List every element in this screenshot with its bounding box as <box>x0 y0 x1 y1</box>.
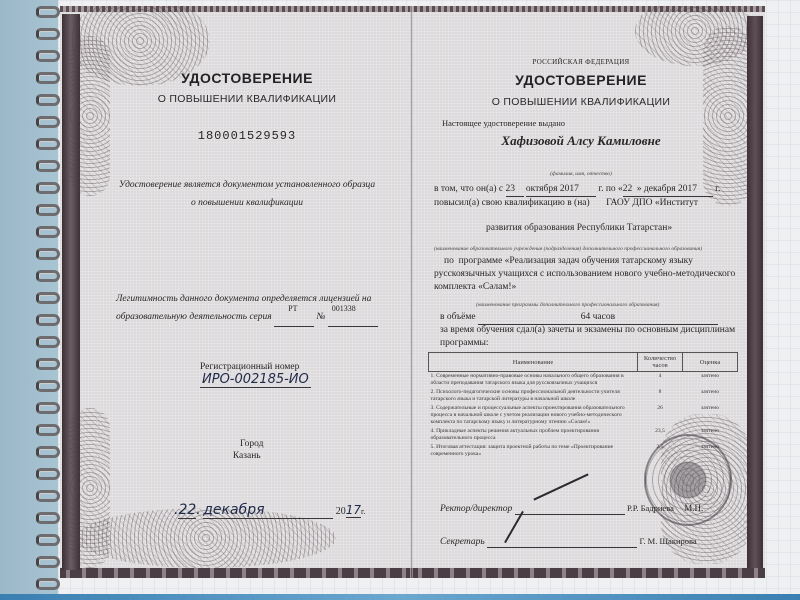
registration-label: Регистрационный номер <box>200 362 299 372</box>
license-note: Легитимность данного документа определяе… <box>116 290 416 327</box>
discipline-name: 5. Итоговая аттестация: защита проектной… <box>429 443 638 459</box>
table-row: 2. Психолого-педагогические основы профе… <box>429 388 738 404</box>
discipline-name: 2. Психолого-педагогические основы профе… <box>429 388 638 404</box>
document-note-line2: о повышении квалификации <box>82 194 412 212</box>
license-number: 001338 <box>332 300 356 318</box>
bottom-accent-bar <box>0 594 800 600</box>
program-line3: комплекта «Сәлам!» <box>434 281 744 294</box>
serial-number: 180001529593 <box>82 129 412 143</box>
col-header-grade: Оценка <box>683 353 738 372</box>
city-label: Город <box>230 438 263 450</box>
program-block: по программе «Реализация задач обучения … <box>434 255 744 294</box>
spiral-ring <box>36 424 60 436</box>
discipline-grade: зачтено <box>683 404 738 427</box>
program-caption: (наименование программы дополнительного … <box>476 302 659 308</box>
left-page: УДОСТОВЕРЕНИЕ О ПОВЫШЕНИИ КВАЛИФИКАЦИИ 1… <box>82 6 410 578</box>
col-header-hours: Количество часов <box>638 353 683 372</box>
start-day: 23 <box>506 183 524 197</box>
issued-label: Настоящее удостоверение выдано <box>442 118 565 128</box>
discipline-name: 4. Прикладные аспекты решения актуальных… <box>429 427 638 443</box>
country-label: РОССИЙСКАЯ ФЕДЕРАЦИЯ <box>416 58 746 66</box>
spiral-ring <box>36 72 60 84</box>
certificate-document: УДОСТОВЕРЕНИЕ О ПОВЫШЕНИИ КВАЛИФИКАЦИИ 1… <box>60 6 765 578</box>
institution-line2: развития образования Республики Татарста… <box>486 222 672 235</box>
institution-line1: ГАОУ ДПО «Институт <box>606 198 698 208</box>
issue-date: .22. декабря 2017г. <box>174 502 365 519</box>
city-value: Казань <box>230 450 263 462</box>
document-note: Удостоверение является документом устано… <box>82 176 412 212</box>
issue-year: 17 <box>346 503 361 518</box>
spiral-ring <box>36 226 60 238</box>
spiral-ring <box>36 578 60 590</box>
right-page: РОССИЙСКАЯ ФЕДЕРАЦИЯ УДОСТОВЕРЕНИЕ О ПОВ… <box>416 6 746 578</box>
right-subtitle: О ПОВЫШЕНИИ КВАЛИФИКАЦИИ <box>416 96 746 108</box>
col-header-name: Наименование <box>429 353 638 372</box>
spiral-ring <box>36 468 60 480</box>
spiral-ring <box>36 490 60 502</box>
recipient-caption: (фамилия, имя, отчество) <box>416 171 746 177</box>
volume-line: в объёме 64 часов <box>440 311 740 325</box>
secretary-row: Секретарь Г. М. Шакирова <box>440 536 740 548</box>
spiral-ring <box>36 138 60 150</box>
program-line1: программе «Реализация задач обучения тат… <box>459 256 693 266</box>
license-series: РТ <box>288 300 297 318</box>
spiral-ring <box>36 28 60 40</box>
rector-name: Р.Р. Бадриева <box>627 503 674 513</box>
discipline-name: 1. Современные нормативно-правовые основ… <box>429 372 638 389</box>
volume-value: 64 часов <box>478 311 718 325</box>
spiral-ring <box>36 380 60 392</box>
end-month-year: » декабря 2017 <box>637 183 713 197</box>
city-block: Город Казань <box>230 438 263 462</box>
spiral-ring <box>36 512 60 524</box>
license-line2: образовательную деятельность серия РТ № … <box>116 308 416 327</box>
rector-row: Ректор/директор Р.Р. Бадриева М.П. <box>440 503 740 515</box>
document-note-line1: Удостоверение является документом устано… <box>82 176 412 194</box>
registration-number-row: Регистрационный номер ИРО-002185-ИО <box>200 362 410 388</box>
rector-label: Ректор/директор <box>440 504 512 514</box>
spiral-ring <box>36 446 60 458</box>
discipline-grade: зачтено <box>683 388 738 404</box>
discipline-grade: зачтено <box>683 372 738 389</box>
institution-caption: (наименование образовательного учреждени… <box>434 246 744 252</box>
right-title: УДОСТОВЕРЕНИЕ <box>416 72 746 88</box>
rector-signature <box>533 473 588 500</box>
spiral-ring <box>36 314 60 326</box>
spiral-ring <box>36 204 60 216</box>
table-row: 1. Современные нормативно-правовые основ… <box>429 372 738 389</box>
recipient-name: Хафизовой Алсу Камиловне <box>416 133 746 149</box>
spiral-ring <box>36 6 60 18</box>
seal-label: М.П. <box>684 503 703 513</box>
period-line: в том, что он(а) с 23 октября 2017 г. по… <box>434 183 744 197</box>
spiral-ring <box>36 336 60 348</box>
secretary-name: Г. М. Шакирова <box>639 536 696 546</box>
spiral-ring <box>36 160 60 172</box>
exams-text: за время обучения сдал(а) зачеты и экзам… <box>440 324 750 350</box>
spiral-ring <box>36 248 60 260</box>
spiral-ring <box>36 292 60 304</box>
spiral-ring <box>36 556 60 568</box>
registration-number: ИРО-002185-ИО <box>200 372 311 388</box>
start-month-year: октября 2017 <box>526 183 596 197</box>
program-line2: русскоязычных учащихся с использованием … <box>434 268 744 281</box>
spiral-ring <box>36 116 60 128</box>
spiral-ring <box>36 270 60 282</box>
discipline-hours: 4 <box>638 372 683 389</box>
spiral-ring <box>36 358 60 370</box>
left-subtitle: О ПОВЫШЕНИИ КВАЛИФИКАЦИИ <box>82 93 412 105</box>
table-row: 3. Содержательные и процессуальные аспек… <box>429 404 738 427</box>
spiral-ring <box>36 182 60 194</box>
discipline-hours: 26 <box>638 404 683 427</box>
license-line1: Легитимность данного документа определяе… <box>116 290 416 308</box>
left-title: УДОСТОВЕРЕНИЕ <box>82 70 412 86</box>
discipline-name: 3. Содержательные и процессуальные аспек… <box>429 404 638 427</box>
qualification-line: повысил(а) свою квалификацию в (на) ГАОУ… <box>434 197 744 210</box>
end-day: 22 <box>623 183 637 197</box>
discipline-hours: 8 <box>638 388 683 404</box>
secretary-label: Секретарь <box>440 537 485 547</box>
spiral-ring <box>36 94 60 106</box>
spiral-ring <box>36 402 60 414</box>
spiral-ring <box>36 50 60 62</box>
certificate-sheet: УДОСТОВЕРЕНИЕ О ПОВЫШЕНИИ КВАЛИФИКАЦИИ 1… <box>60 6 765 578</box>
spiral-ring <box>36 534 60 546</box>
issue-month: декабря <box>203 502 333 519</box>
spiral-binding <box>36 0 62 600</box>
issue-day: 22 <box>178 502 196 519</box>
